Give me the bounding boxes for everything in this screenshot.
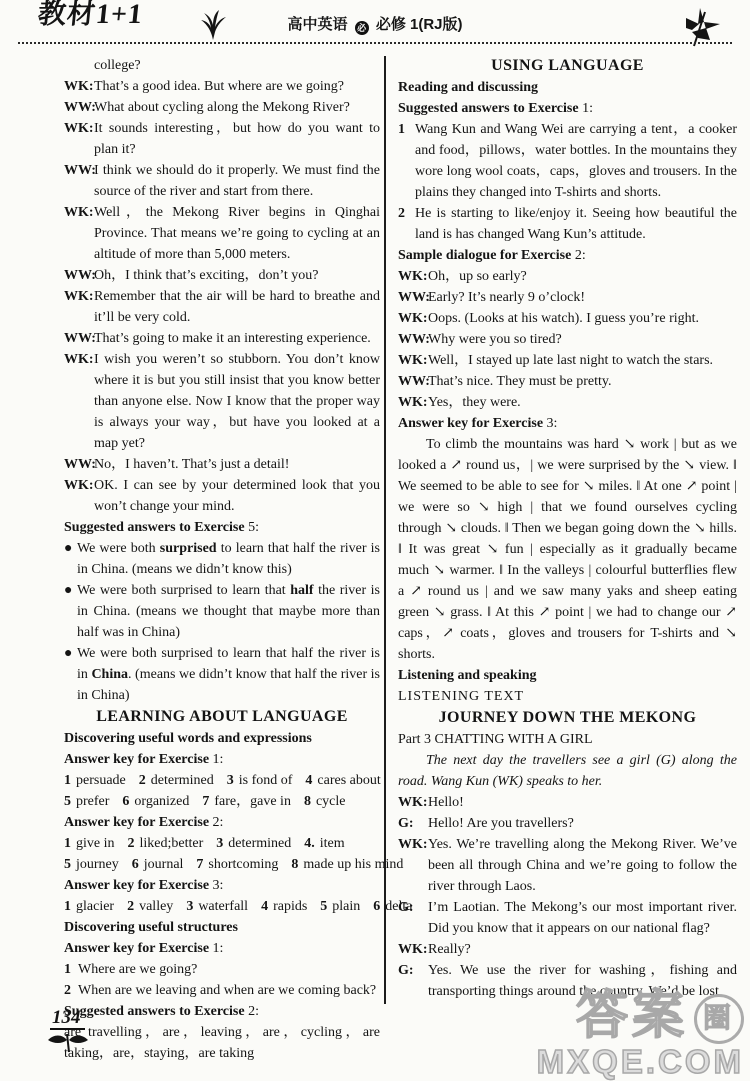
answer-row: 1glacier2valley3waterfall4rapids5plain6d… [64, 896, 380, 917]
answer-text: is fond of [239, 773, 293, 788]
heading-number: 2: [575, 248, 586, 263]
speaker-label: WW: [64, 97, 94, 118]
answer-pair: 5journey [64, 857, 119, 872]
question-number: 2 [64, 983, 71, 998]
heading-number: 5: [248, 520, 259, 535]
answer-number: 8 [304, 794, 311, 809]
right-column: USING LANGUAGE Reading and discussing Su… [398, 55, 737, 1002]
suggested-answers-2-text: are travelling，are，leaving，are，cycling，a… [64, 1022, 380, 1064]
question-text: When are we leaving and when are we comi… [78, 983, 376, 998]
header-title: 高中英语 必 必修 1(RJ版) [0, 16, 750, 35]
bullet-item: ●We were both surprised to learn that ha… [64, 538, 380, 580]
watermark: 答案圈 MXQE.COM [444, 990, 744, 1080]
scene-intro: The next day the travellers see a girl (… [398, 750, 737, 792]
textbook-answer-page: 教材1+1 高中英语 必 必修 1(RJ版) college? WK:That’… [0, 0, 750, 1081]
answer-number: 7 [196, 857, 203, 872]
answer-pair: 4rapids [261, 899, 307, 914]
dialogue-line: WW:Why were you so tired? [398, 329, 737, 350]
answer-row: 1give in2liked;better3determined4.item [64, 833, 380, 854]
speaker-label: WW: [398, 329, 428, 350]
suggested-answers-1-heading: Suggested answers to Exercise 1: [398, 98, 737, 119]
numbered-answer: 2He is starting to like/enjoy it. Seeing… [398, 203, 737, 245]
answer-number: 3 [227, 773, 234, 788]
answer-number: 6 [122, 794, 129, 809]
dialogue-text: Oh，up so early? [428, 269, 527, 284]
answer-pair: 1persuade [64, 773, 126, 788]
answer-pair: 6organized [122, 794, 189, 809]
continuation-line: college? [94, 55, 380, 76]
answer-text: determined [228, 836, 291, 851]
answer-pair: 2valley [127, 899, 173, 914]
heading-number: 1: [582, 101, 593, 116]
speaker-label: G: [398, 960, 428, 981]
answer-text: plain [332, 899, 360, 914]
speaker-label: G: [398, 897, 428, 918]
circle-icon: 必 [355, 21, 369, 35]
heading-label: Sample dialogue for Exercise [398, 248, 575, 263]
part3-title: Part 3 CHATTING WITH A GIRL [398, 729, 737, 750]
answer-text: waterfall [198, 899, 248, 914]
speaker-label: WW: [398, 371, 428, 392]
dialogue-line: WK:Hello! [398, 792, 737, 813]
header-volume: 必修 1(RJ版) [376, 16, 463, 33]
speaker-label: WK: [398, 834, 428, 855]
answer-key-2-heading: Answer key for Exercise 2: [64, 812, 380, 833]
dialogue-line: WK:Oh，up so early? [398, 266, 737, 287]
question-text: Where are we going? [78, 962, 197, 977]
answer-number: 2 [128, 836, 135, 851]
dialogue-list-1: WK:That’s a good idea. But where are we … [64, 76, 380, 517]
suggested-answers-2-heading: Suggested answers to Exercise 2: [64, 1001, 380, 1022]
speaker-label: WK: [64, 286, 94, 307]
dialogue-text: I wish you weren’t so stubborn. You don’… [94, 352, 380, 451]
answer-text: made up his mind [303, 857, 403, 872]
answer-pair: 8made up his mind [291, 857, 403, 872]
answer-text: persuade [76, 773, 126, 788]
journey-down-mekong-heading: JOURNEY DOWN THE MEKONG [398, 707, 737, 729]
question-number: 1 [64, 962, 71, 977]
answer-number: 1 [398, 119, 415, 140]
bullet-text-pre: We were both surprised to learn that [77, 583, 290, 598]
answer-text: rapids [273, 899, 307, 914]
dialogue-line: WW:No，I haven’t. That’s just a detail! [64, 454, 380, 475]
question-line: 2When are we leaving and when are we com… [64, 980, 380, 1001]
answer-number: 7 [202, 794, 209, 809]
answer-text: item [320, 836, 345, 851]
answer-pair: 3waterfall [186, 899, 248, 914]
speaker-label: WK: [398, 350, 428, 371]
dialogue-list-2: WK:Oh，up so early? WW:Early? It’s nearly… [398, 266, 737, 413]
heading-label: Suggested answers to Exercise [64, 1004, 248, 1019]
question-list: 1Where are we going? 2When are we leavin… [64, 959, 380, 1001]
answer-number: 2 [139, 773, 146, 788]
dialogue-text: Early? It’s nearly 9 o’clock! [428, 290, 585, 305]
dialogue-line: WW:What about cycling along the Mekong R… [64, 97, 380, 118]
answer-number: 5 [320, 899, 327, 914]
answer-text: shortcoming [208, 857, 278, 872]
dialogue-line: WK:I wish you weren’t so stubborn. You d… [64, 349, 380, 454]
answer-pair: 7shortcoming [196, 857, 278, 872]
dialogue-text: Well，I stayed up late last night to watc… [428, 353, 713, 368]
bullet-item: ●We were both surprised to learn that ha… [64, 643, 380, 706]
dialogue-line: WK:OK. I can see by your determined look… [64, 475, 380, 517]
dialogue-text: What about cycling along the Mekong Rive… [94, 100, 350, 115]
bullet-text-bold: surprised [160, 541, 217, 556]
dialogue-line: WK:It sounds interesting，but how do you … [64, 118, 380, 160]
answer-text: glacier [76, 899, 114, 914]
dialogue-text: I think we should do it properly. We mus… [94, 163, 380, 199]
speaker-label: WW: [64, 265, 94, 286]
dialogue-text: No，I haven’t. That’s just a detail! [94, 457, 289, 472]
answer-pair: 1glacier [64, 899, 114, 914]
dialogue-text: That’s nice. They must be pretty. [428, 374, 612, 389]
dialogue-text: Oh，I think that’s exciting，don’t you? [94, 268, 319, 283]
discovering-words-heading: Discovering useful words and expressions [64, 728, 380, 749]
bullet-item: ●We were both surprised to learn that ha… [64, 580, 380, 643]
speaker-label: WW: [64, 160, 94, 181]
answer-text: determined [151, 773, 214, 788]
heading-label: Suggested answers to Exercise [398, 101, 582, 116]
answer-number: 5 [64, 794, 71, 809]
page-number: 134 [50, 1008, 85, 1030]
dialogue-text: That’s going to make it an interesting e… [94, 331, 371, 346]
answer-pair: 3is fond of [227, 773, 293, 788]
dialogue-line: WK:Yes. We’re travelling along the Mekon… [398, 834, 737, 897]
heading-label: Answer key for Exercise [64, 752, 213, 767]
answer-pair: 2determined [139, 773, 214, 788]
dialogue-line: WW:That’s going to make it an interestin… [64, 328, 380, 349]
answer-number: 2 [398, 203, 415, 224]
heading-label: Answer key for Exercise [64, 941, 213, 956]
speaker-label: G: [398, 813, 428, 834]
dialogue-text: It sounds interesting，but how do you wan… [94, 121, 380, 157]
dialogue-text: Remember that the air will be hard to br… [94, 289, 380, 325]
answer-key-3-right-heading: Answer key for Exercise 3: [398, 413, 737, 434]
heading-number: 3: [547, 416, 558, 431]
dialogue-line: WW:Oh，I think that’s exciting，don’t you? [64, 265, 380, 286]
answer-text: give in [76, 836, 115, 851]
numbered-answer: 1Wang Kun and Wang Wei are carrying a te… [398, 119, 737, 203]
heading-number: 2: [248, 1004, 259, 1019]
speaker-label: WK: [64, 475, 94, 496]
answer-text: Wang Kun and Wang Wei are carrying a ten… [415, 122, 737, 200]
answer-pair: 8cycle [304, 794, 346, 809]
answer-number: 1 [64, 899, 71, 914]
answer-pair: 4cares about [305, 773, 380, 788]
listening-text-label: LISTENING TEXT [398, 686, 737, 707]
left-column: college? WK:That’s a good idea. But wher… [35, 55, 380, 1064]
dialogue-line: WK:Remember that the air will be hard to… [64, 286, 380, 328]
dialogue-text: Hello! Are you travellers? [428, 816, 574, 831]
dialogue-line: G:I’m Laotian. The Mekong’s our most imp… [398, 897, 737, 939]
speaker-label: WK: [398, 792, 428, 813]
dialogue-line: G:Hello! Are you travellers? [398, 813, 737, 834]
speaker-label: WW: [64, 454, 94, 475]
listening-speaking-heading: Listening and speaking [398, 665, 737, 686]
dialogue-text: I’m Laotian. The Mekong’s our most impor… [428, 900, 737, 936]
bullet-text-bold: half [290, 583, 313, 598]
answer-number: 8 [291, 857, 298, 872]
answer-pair: 6journal [132, 857, 184, 872]
dialogue-text: Hello! [428, 795, 464, 810]
suggested-answers-5-heading: Suggested answers to Exercise 5: [64, 517, 380, 538]
heading-number: 2: [213, 815, 224, 830]
answer-text: journey [76, 857, 119, 872]
leaf-icon [46, 1032, 90, 1054]
answer-number: 1 [64, 773, 71, 788]
dialogue-line: WW:I think we should do it properly. We … [64, 160, 380, 202]
answer-number: 3 [186, 899, 193, 914]
intonation-passage: To climb the mountains was hard ↘ work |… [398, 434, 737, 665]
dialogue-list-3: WK:Hello! G:Hello! Are you travellers? W… [398, 792, 737, 1002]
bullet-text-bold: China [91, 667, 128, 682]
answer-text: fare，gave in [214, 794, 291, 809]
speaker-label: WK: [64, 202, 94, 223]
watermark-url: MXQE.COM [444, 1044, 744, 1080]
speaker-label: WK: [398, 308, 428, 329]
answer-number: 4 [305, 773, 312, 788]
bullet-icon: ● [64, 538, 77, 559]
dialogue-text: Well，the Mekong River begins in Qinghai … [94, 205, 380, 262]
speaker-label: WK: [64, 349, 94, 370]
discovering-structures-heading: Discovering useful structures [64, 917, 380, 938]
answer-row: 5journey6journal7shortcoming8made up his… [64, 854, 380, 875]
dialogue-line: WK:Really? [398, 939, 737, 960]
answer-text: organized [134, 794, 189, 809]
dialogue-line: WK:That’s a good idea. But where are we … [64, 76, 380, 97]
answer-key-structures-heading: Answer key for Exercise 1: [64, 938, 380, 959]
dialogue-line: WK:Well，the Mekong River begins in Qingh… [64, 202, 380, 265]
answer-text: valley [139, 899, 173, 914]
bullet-list: ●We were both surprised to learn that ha… [64, 538, 380, 706]
answer-number: 4 [261, 899, 268, 914]
watermark-badge-icon: 圈 [694, 994, 744, 1044]
answer-number: 6 [132, 857, 139, 872]
reading-discussing-heading: Reading and discussing [398, 77, 737, 98]
speaker-label: WK: [64, 118, 94, 139]
answer-key-3-heading: Answer key for Exercise 3: [64, 875, 380, 896]
dialogue-text: That’s a good idea. But where are we goi… [94, 79, 344, 94]
header-subject: 高中英语 [287, 16, 347, 33]
answer-number: 1 [64, 836, 71, 851]
heading-number: 3: [213, 878, 224, 893]
speaker-label: WW: [64, 328, 94, 349]
heading-number: 1: [213, 752, 224, 767]
answer-row: 1persuade2determined3is fond of4cares ab… [64, 770, 380, 791]
answer-number: 3 [216, 836, 223, 851]
heading-label: Suggested answers to Exercise [64, 520, 248, 535]
answer-text: cycle [316, 794, 346, 809]
dialogue-text: Yes. We’re travelling along the Mekong R… [428, 837, 737, 894]
answer-pair: 4.item [304, 836, 344, 851]
dialogue-text: Oops. (Looks at his watch). I guess you’… [428, 311, 699, 326]
dialogue-line: WK:Well，I stayed up late last night to w… [398, 350, 737, 371]
heading-label: Answer key for Exercise [64, 815, 213, 830]
speaker-label: WW: [398, 287, 428, 308]
answer-row: 5prefer6organized7fare，gave in8cycle [64, 791, 380, 812]
question-line: 1Where are we going? [64, 959, 380, 980]
heading-label: Answer key for Exercise [398, 416, 547, 431]
answer-pair: 5plain [320, 899, 360, 914]
answer-pair: 2liked;better [128, 836, 204, 851]
using-language-heading: USING LANGUAGE [398, 55, 737, 77]
answer-pair: 1give in [64, 836, 115, 851]
answer-number: 5 [64, 857, 71, 872]
answer-key-1-heading: Answer key for Exercise 1: [64, 749, 380, 770]
dialogue-text: Why were you so tired? [428, 332, 562, 347]
speaker-label: WK: [398, 392, 428, 413]
speaker-label: WK: [398, 266, 428, 287]
answer-number: 4. [304, 836, 315, 851]
dialogue-line: WK:Yes，they were. [398, 392, 737, 413]
dialogue-line: WW:Early? It’s nearly 9 o’clock! [398, 287, 737, 308]
sample-dialogue-heading: Sample dialogue for Exercise 2: [398, 245, 737, 266]
header-divider [18, 42, 732, 44]
dialogue-text: Really? [428, 942, 471, 957]
heading-number: 1: [213, 941, 224, 956]
speaker-label: WK: [64, 76, 94, 97]
dialogue-text: OK. I can see by your determined look th… [94, 478, 380, 514]
answer-text: liked;better [140, 836, 204, 851]
bullet-text-pre: We were both [77, 541, 160, 556]
learning-about-language-heading: LEARNING ABOUT LANGUAGE [64, 706, 380, 728]
answer-text: journal [144, 857, 184, 872]
page-header: 教材1+1 高中英语 必 必修 1(RJ版) [0, 0, 750, 46]
dialogue-line: WK:Oops. (Looks at his watch). I guess y… [398, 308, 737, 329]
answer-pair: 3determined [216, 836, 291, 851]
answer-number: 6 [373, 899, 380, 914]
answer-pair: 5prefer [64, 794, 109, 809]
numbered-answer-list: 1Wang Kun and Wang Wei are carrying a te… [398, 119, 737, 245]
answer-text: He is starting to like/enjoy it. Seeing … [415, 206, 737, 242]
answer-pair: 7fare，gave in [202, 794, 291, 809]
dialogue-text: Yes，they were. [428, 395, 521, 410]
heading-label: Answer key for Exercise [64, 878, 213, 893]
answer-number: 2 [127, 899, 134, 914]
watermark-brand-text: 答案 [576, 988, 688, 1045]
bullet-icon: ● [64, 643, 77, 664]
dialogue-line: WW:That’s nice. They must be pretty. [398, 371, 737, 392]
speaker-label: WK: [398, 939, 428, 960]
answer-text: cares about [317, 773, 380, 788]
answer-text: prefer [76, 794, 109, 809]
bullet-icon: ● [64, 580, 77, 601]
